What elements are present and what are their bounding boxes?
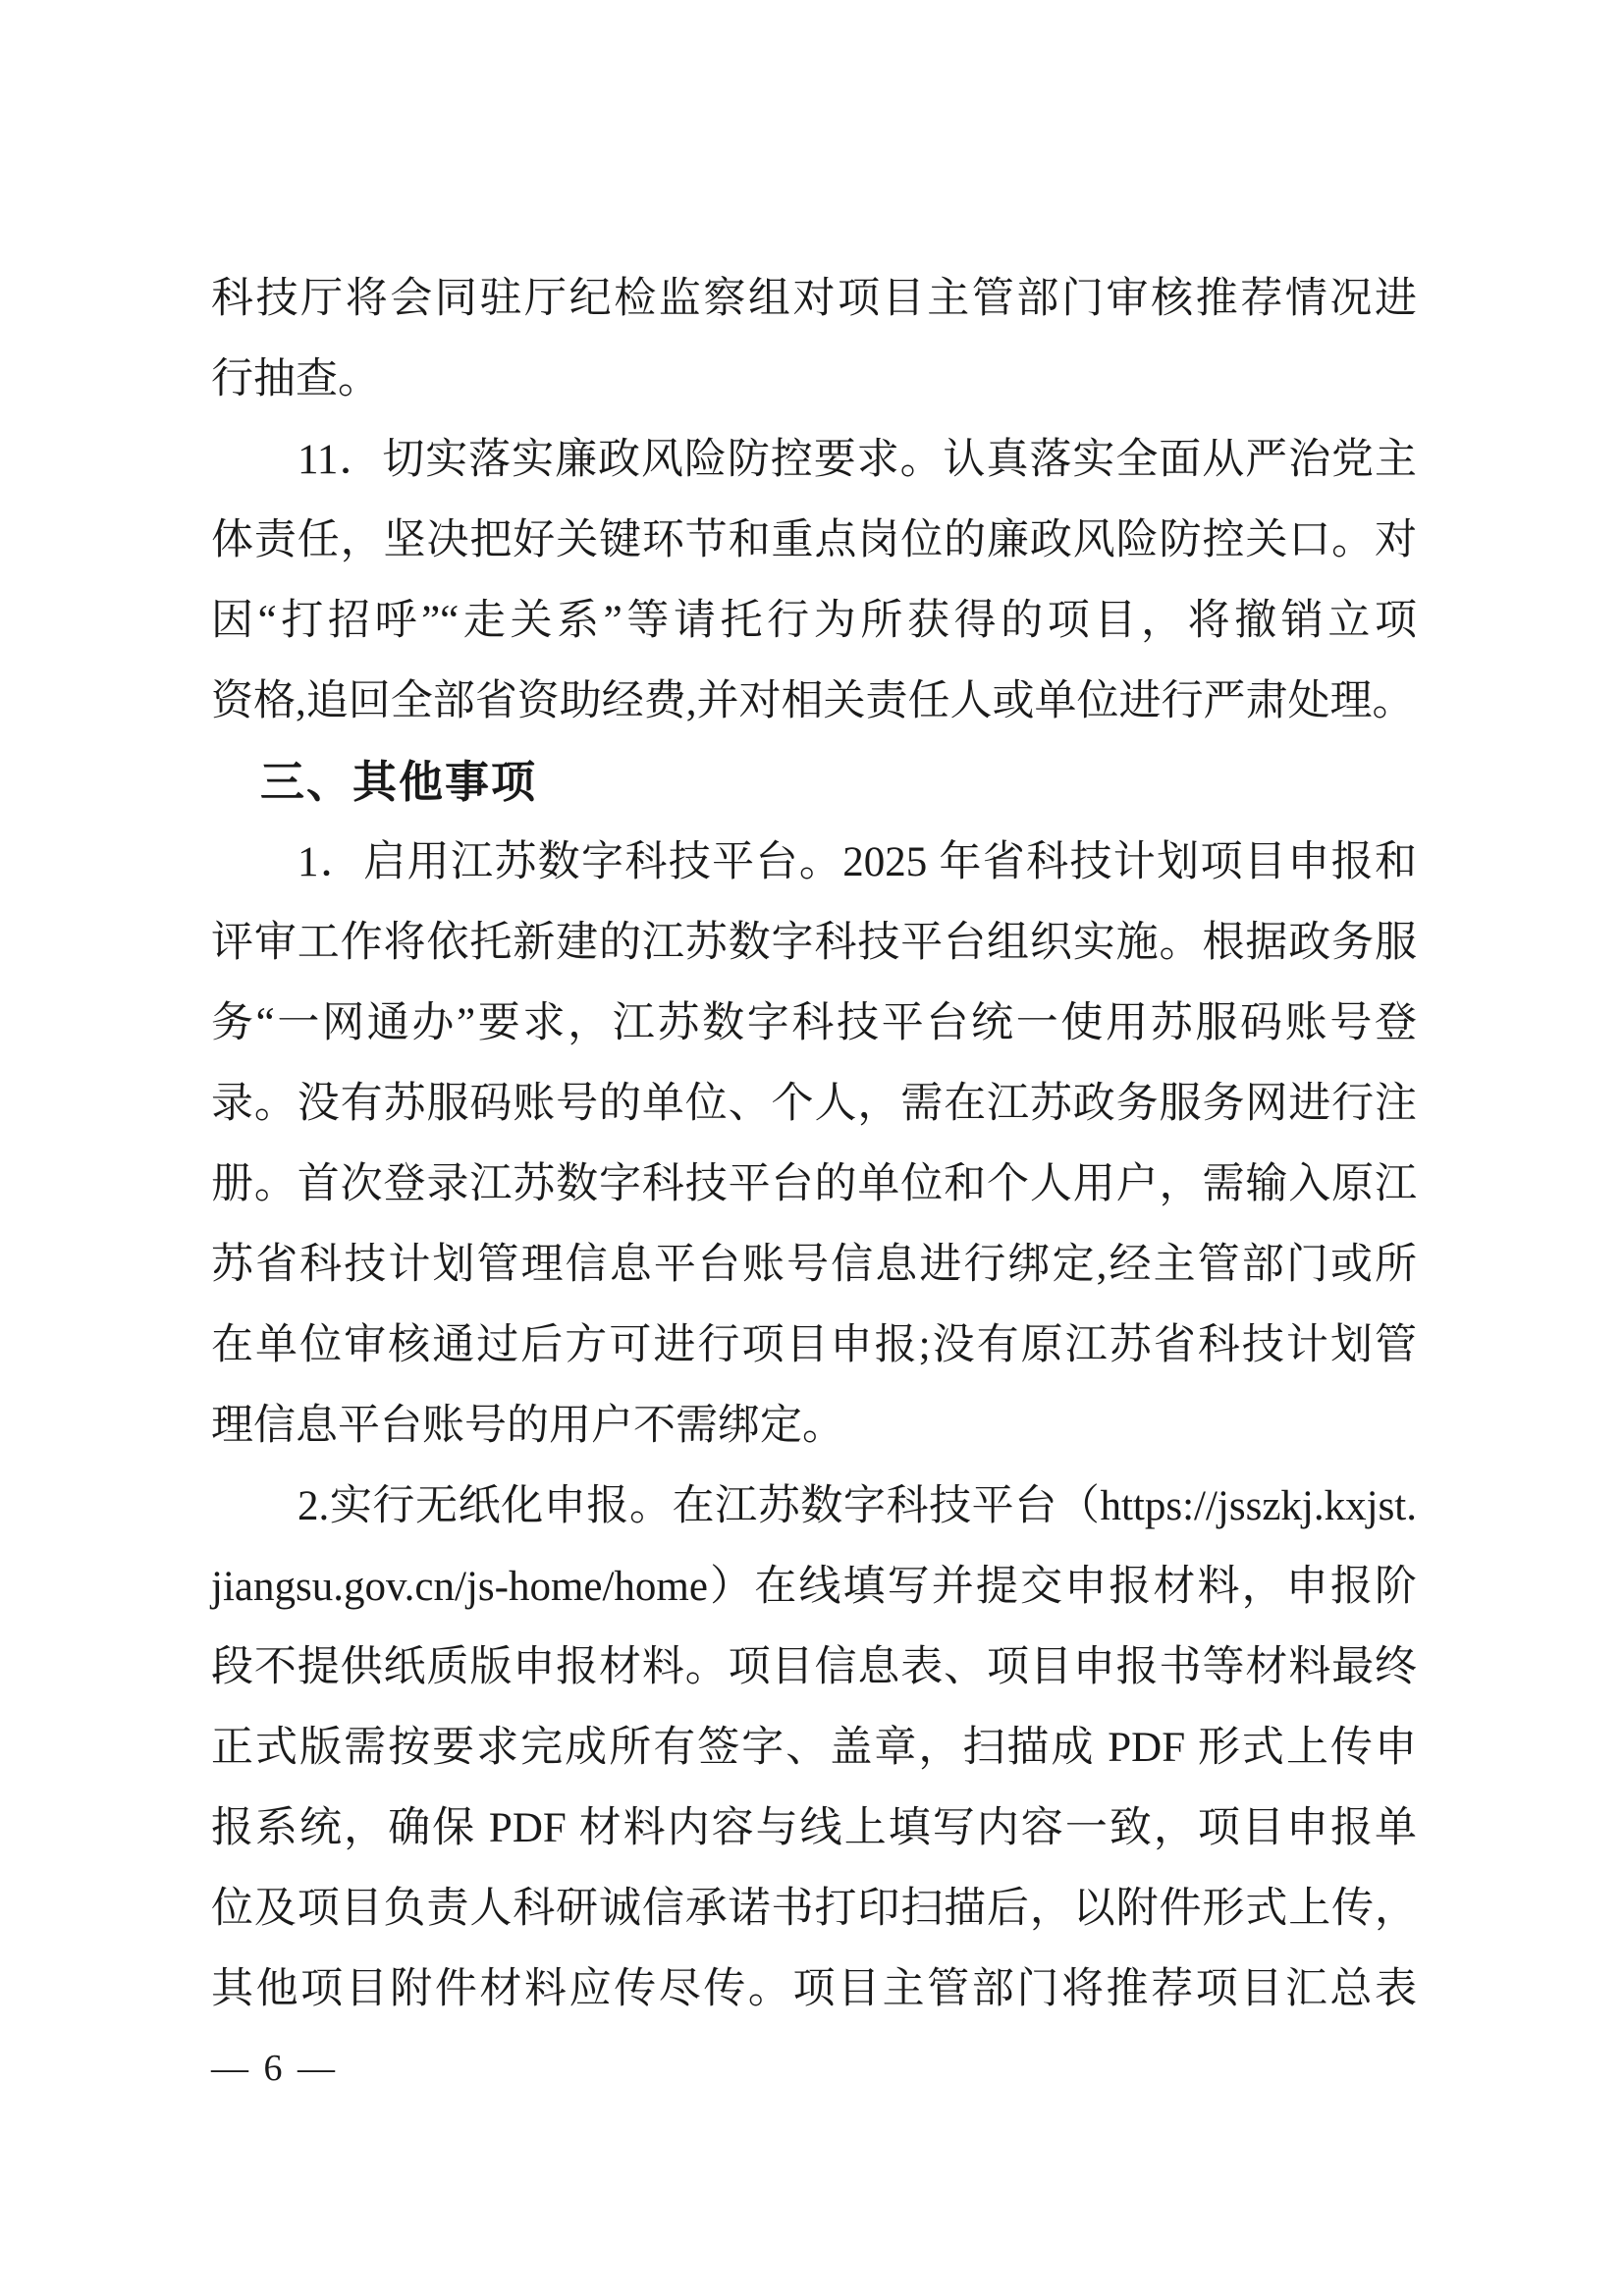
text-line: 科技厅将会同驻厅纪检监察组对项目主管部门审核推荐情况进	[211, 259, 1417, 340]
document-page: 科技厅将会同驻厅纪检监察组对项目主管部门审核推荐情况进行抽查。11．切实落实廉政…	[0, 0, 1624, 2296]
text-line: 其他项目附件材料应传尽传。项目主管部门将推荐项目汇总表	[211, 1949, 1417, 2030]
document-body: 科技厅将会同驻厅纪检监察组对项目主管部门审核推荐情况进行抽查。11．切实落实廉政…	[211, 259, 1417, 2030]
text-line: jiangsu.gov.cn/js-home/home）在线填写并提交申报材料，…	[211, 1547, 1417, 1628]
text-line: 因“打招呼”“走关系”等请托行为所获得的项目，将撤销立项	[211, 581, 1417, 662]
text-line: 位及项目负责人科研诚信承诺书打印扫描后，以附件形式上传，	[211, 1869, 1417, 1949]
page-number: — 6 —	[211, 2028, 338, 2109]
section-heading: 三、其他事项	[211, 742, 1417, 823]
text-line: 录。没有苏服码账号的单位、个人，需在江苏政务服务网进行注	[211, 1064, 1417, 1145]
text-line: 1．启用江苏数字科技平台。2025 年省科技计划项目申报和	[211, 823, 1417, 903]
text-line: 册。首次登录江苏数字科技平台的单位和个人用户，需输入原江	[211, 1145, 1417, 1225]
text-line: 体责任，坚决把好关键环节和重点岗位的廉政风险防控关口。对	[211, 501, 1417, 581]
text-line: 报系统，确保 PDF 材料内容与线上填写内容一致，项目申报单	[211, 1789, 1417, 1869]
text-line: 行抽查。	[211, 340, 1417, 420]
text-line: 段不提供纸质版申报材料。项目信息表、项目申报书等材料最终	[211, 1628, 1417, 1708]
text-line: 11．切实落实廉政风险防控要求。认真落实全面从严治党主	[211, 420, 1417, 501]
text-line: 2.实行无纸化申报。在江苏数字科技平台（https://jsszkj.kxjst…	[211, 1467, 1417, 1547]
text-line: 资格,追回全部省资助经费,并对相关责任人或单位进行严肃处理。	[211, 662, 1417, 742]
text-line: 在单位审核通过后方可进行项目申报;没有原江苏省科技计划管	[211, 1306, 1417, 1386]
text-line: 务“一网通办”要求，江苏数字科技平台统一使用苏服码账号登	[211, 984, 1417, 1064]
text-line: 苏省科技计划管理信息平台账号信息进行绑定,经主管部门或所	[211, 1225, 1417, 1306]
text-line: 理信息平台账号的用户不需绑定。	[211, 1386, 1417, 1467]
text-line: 评审工作将依托新建的江苏数字科技平台组织实施。根据政务服	[211, 903, 1417, 984]
text-line: 正式版需按要求完成所有签字、盖章，扫描成 PDF 形式上传申	[211, 1708, 1417, 1789]
